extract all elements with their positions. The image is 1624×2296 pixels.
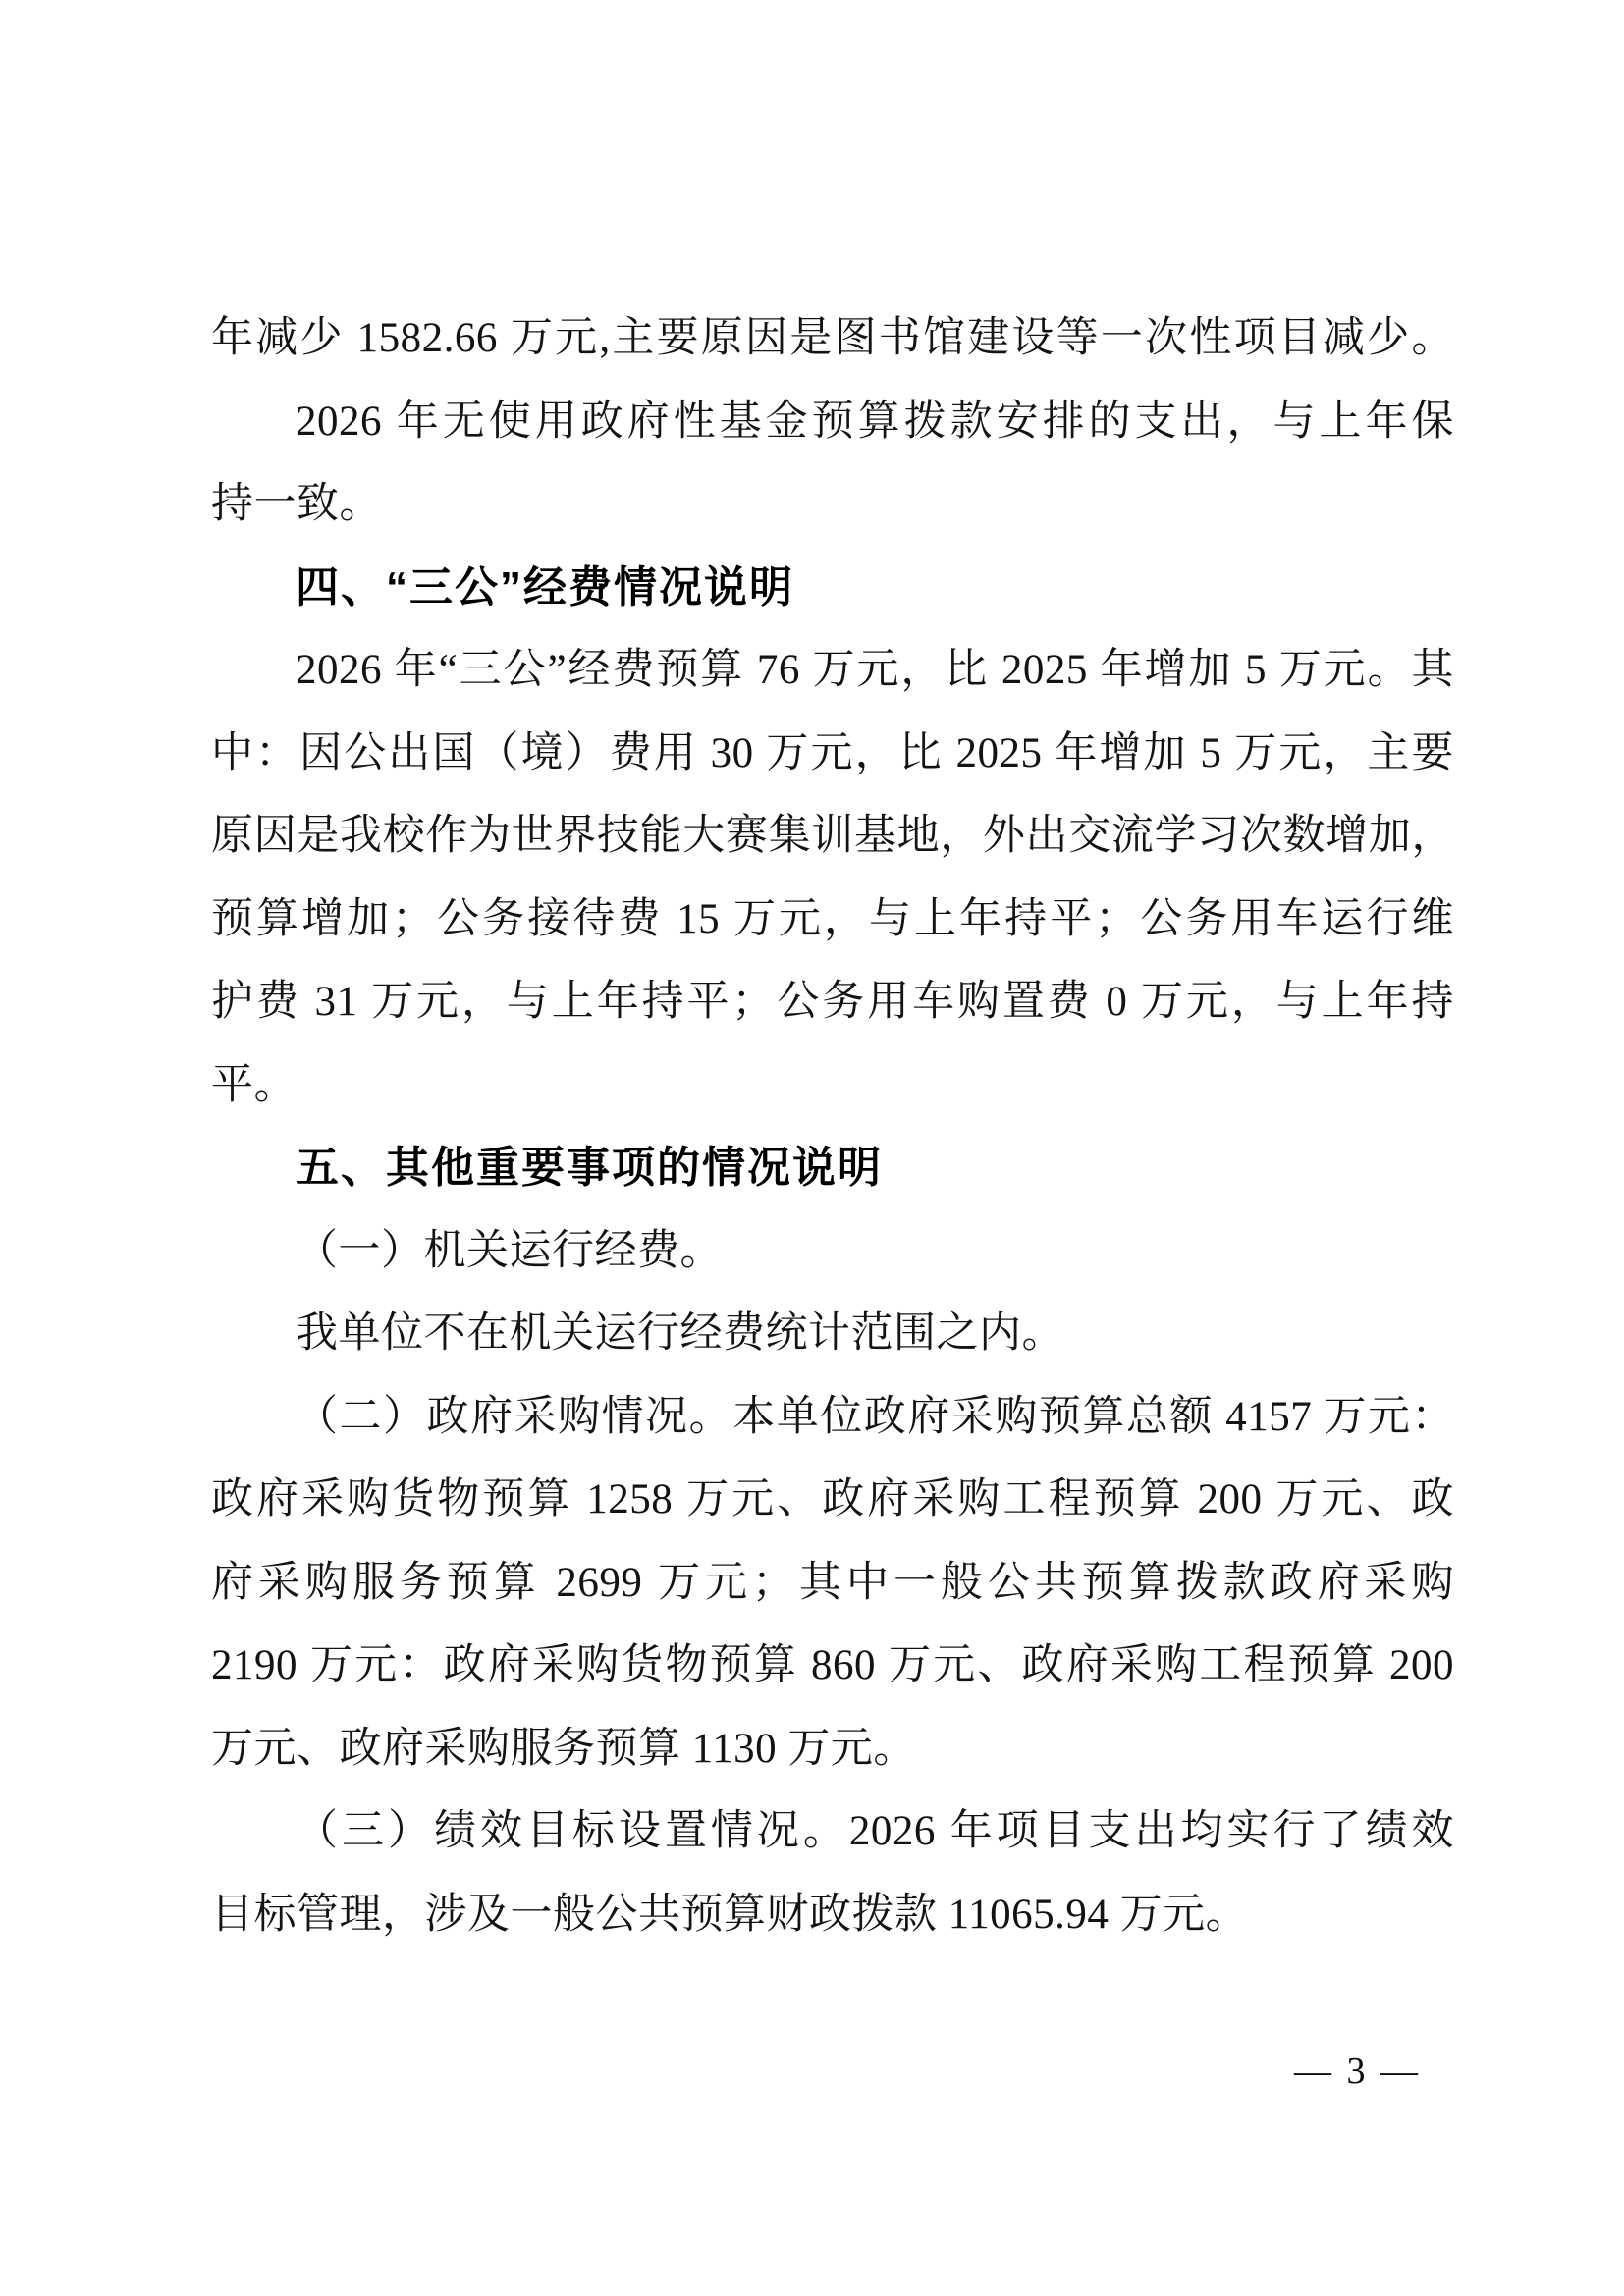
text-line: 2026 年“三公”经费预算 76 万元，比 2025 年增加 5 万元。其 bbox=[211, 629, 1454, 713]
document-page: 年减少 1582.66 万元,主要原因是图书馆建设等一次性项目减少。 2026 … bbox=[0, 0, 1624, 2296]
text-line: 政府采购货物预算 1258 万元、政府采购工程预算 200 万元、政 bbox=[211, 1459, 1454, 1542]
text-line: 年减少 1582.66 万元,主要原因是图书馆建设等一次性项目减少。 bbox=[211, 297, 1454, 381]
text-line: 护费 31 万元，与上年持平；公务用车购置费 0 万元，与上年持 bbox=[211, 961, 1454, 1044]
text-line: 万元、政府采购服务预算 1130 万元。 bbox=[211, 1708, 1454, 1791]
section-heading-other-important-items: 五、其他重要事项的情况说明 bbox=[211, 1127, 1454, 1210]
text-line: 府采购服务预算 2699 万元；其中一般公共预算拨款政府采购 bbox=[211, 1542, 1454, 1626]
text-line: （三）绩效目标设置情况。2026 年项目支出均实行了绩效 bbox=[211, 1790, 1454, 1874]
text-line: 2026 年无使用政府性基金预算拨款安排的支出，与上年保 bbox=[211, 381, 1454, 464]
text-line: 我单位不在机关运行经费统计范围之内。 bbox=[211, 1293, 1454, 1376]
text-line: 目标管理，涉及一般公共预算财政拨款 11065.94 万元。 bbox=[211, 1874, 1454, 1957]
text-line: 2190 万元：政府采购货物预算 860 万元、政府采购工程预算 200 bbox=[211, 1625, 1454, 1708]
text-line: 持一致。 bbox=[211, 463, 1454, 547]
text-line: 预算增加；公务接待费 15 万元，与上年持平；公务用车运行维 bbox=[211, 879, 1454, 962]
text-line: （二）政府采购情况。本单位政府采购预算总额 4157 万元： bbox=[211, 1376, 1454, 1460]
text-line: 平。 bbox=[211, 1044, 1454, 1128]
text-line: 中：因公出国（境）费用 30 万元，比 2025 年增加 5 万元，主要 bbox=[211, 713, 1454, 796]
text-line: （一）机关运行经费。 bbox=[211, 1210, 1454, 1294]
document-body: 年减少 1582.66 万元,主要原因是图书馆建设等一次性项目减少。 2026 … bbox=[211, 297, 1454, 1956]
page-number: — 3 — bbox=[1294, 2050, 1421, 2093]
section-heading-three-public-funds: 四、“三公”经费情况说明 bbox=[211, 547, 1454, 630]
text-line: 原因是我校作为世界技能大赛集训基地，外出交流学习次数增加， bbox=[211, 795, 1454, 879]
